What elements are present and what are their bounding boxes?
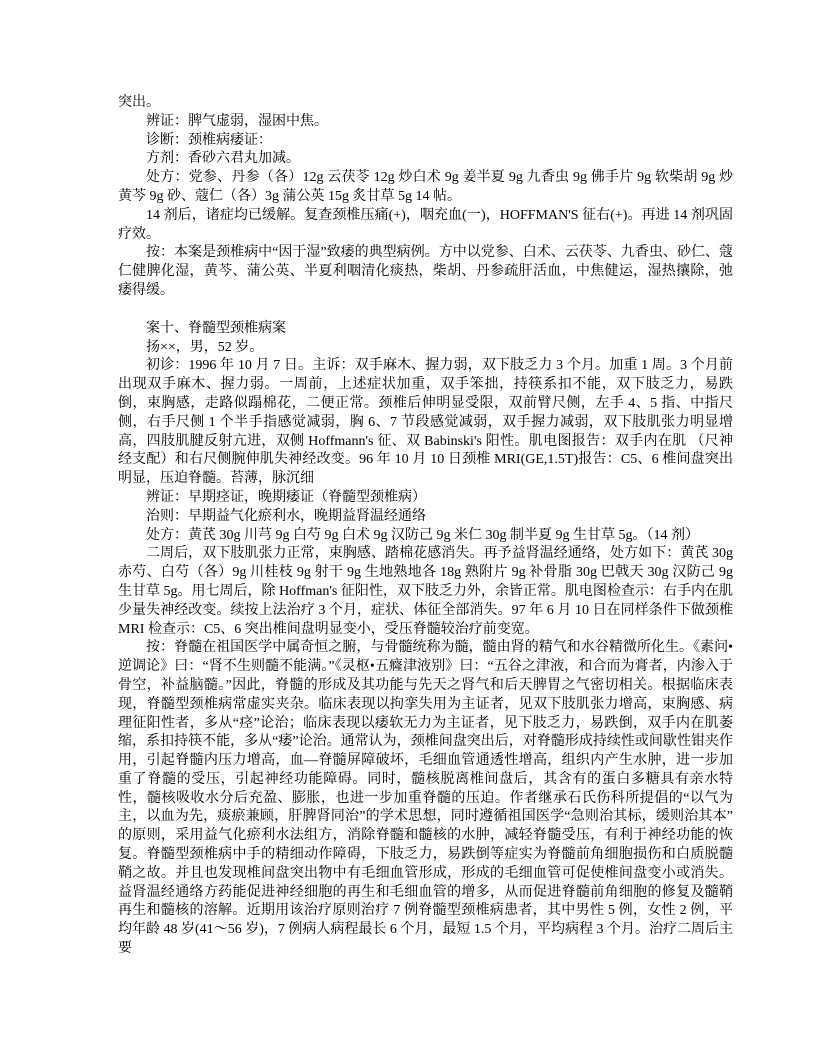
case10-followup: 二周后，双下肢肌张力正常，束胸感、踏棉花感消失。再予益肾温经通络，处方如下：黄芪… (118, 545, 733, 639)
case10-treatment-principle: 治则：早期益气化瘀利水，晚期益肾温经通络 (118, 508, 733, 527)
case10-prescription: 处方：黄芪 30g 川芎 9g 白芍 9g 白术 9g 汉防己 9g 米仁 30… (118, 527, 733, 546)
case10-title: 案十、脊髓型颈椎病案 (118, 320, 733, 339)
case10-patient-info: 扬××，男，52 岁。 (118, 339, 733, 358)
case10-syndrome-differentiation: 辨证：早期痉证，晚期痿证（脊髓型颈椎病） (118, 489, 733, 508)
document-page: 突出。 辨证：脾气虚弱，湿困中焦。 诊断：颈椎病痿证： 方剂：香砂六君丸加减。 … (0, 0, 816, 1056)
case9-commentary: 按：本案是颈椎病中“因于湿”致痿的典型病例。方中以党参、白术、云茯苓、九香虫、砂… (118, 244, 733, 300)
case10-first-visit: 初诊：1996 年 10 月 7 日。主诉：双手麻木、握力弱，双下肢乏力 3 个… (118, 357, 733, 489)
section-spacer (118, 301, 733, 320)
case9-syndrome-differentiation: 辨证：脾气虚弱，湿困中焦。 (118, 113, 733, 132)
case9-prescription: 处方：党参、丹参（各）12g 云茯苓 12g 炒白术 9g 姜半夏 9g 九香虫… (118, 169, 733, 207)
case9-formula: 方剂：香砂六君丸加减。 (118, 150, 733, 169)
case10-commentary: 按：脊髓在祖国医学中属奇恒之腑，与骨髓统称为髓，髓由肾的精气和水谷精微所化生。《… (118, 639, 733, 959)
case9-followup: 14 剂后，诸症均已缓解。复查颈椎压痛(+)，咽充血(一)，HOFFMAN'S … (118, 207, 733, 245)
case9-continued-text: 突出。 (118, 94, 733, 113)
document-body: 突出。 辨证：脾气虚弱，湿困中焦。 诊断：颈椎病痿证： 方剂：香砂六君丸加减。 … (118, 94, 733, 959)
case9-diagnosis: 诊断：颈椎病痿证： (118, 132, 733, 151)
